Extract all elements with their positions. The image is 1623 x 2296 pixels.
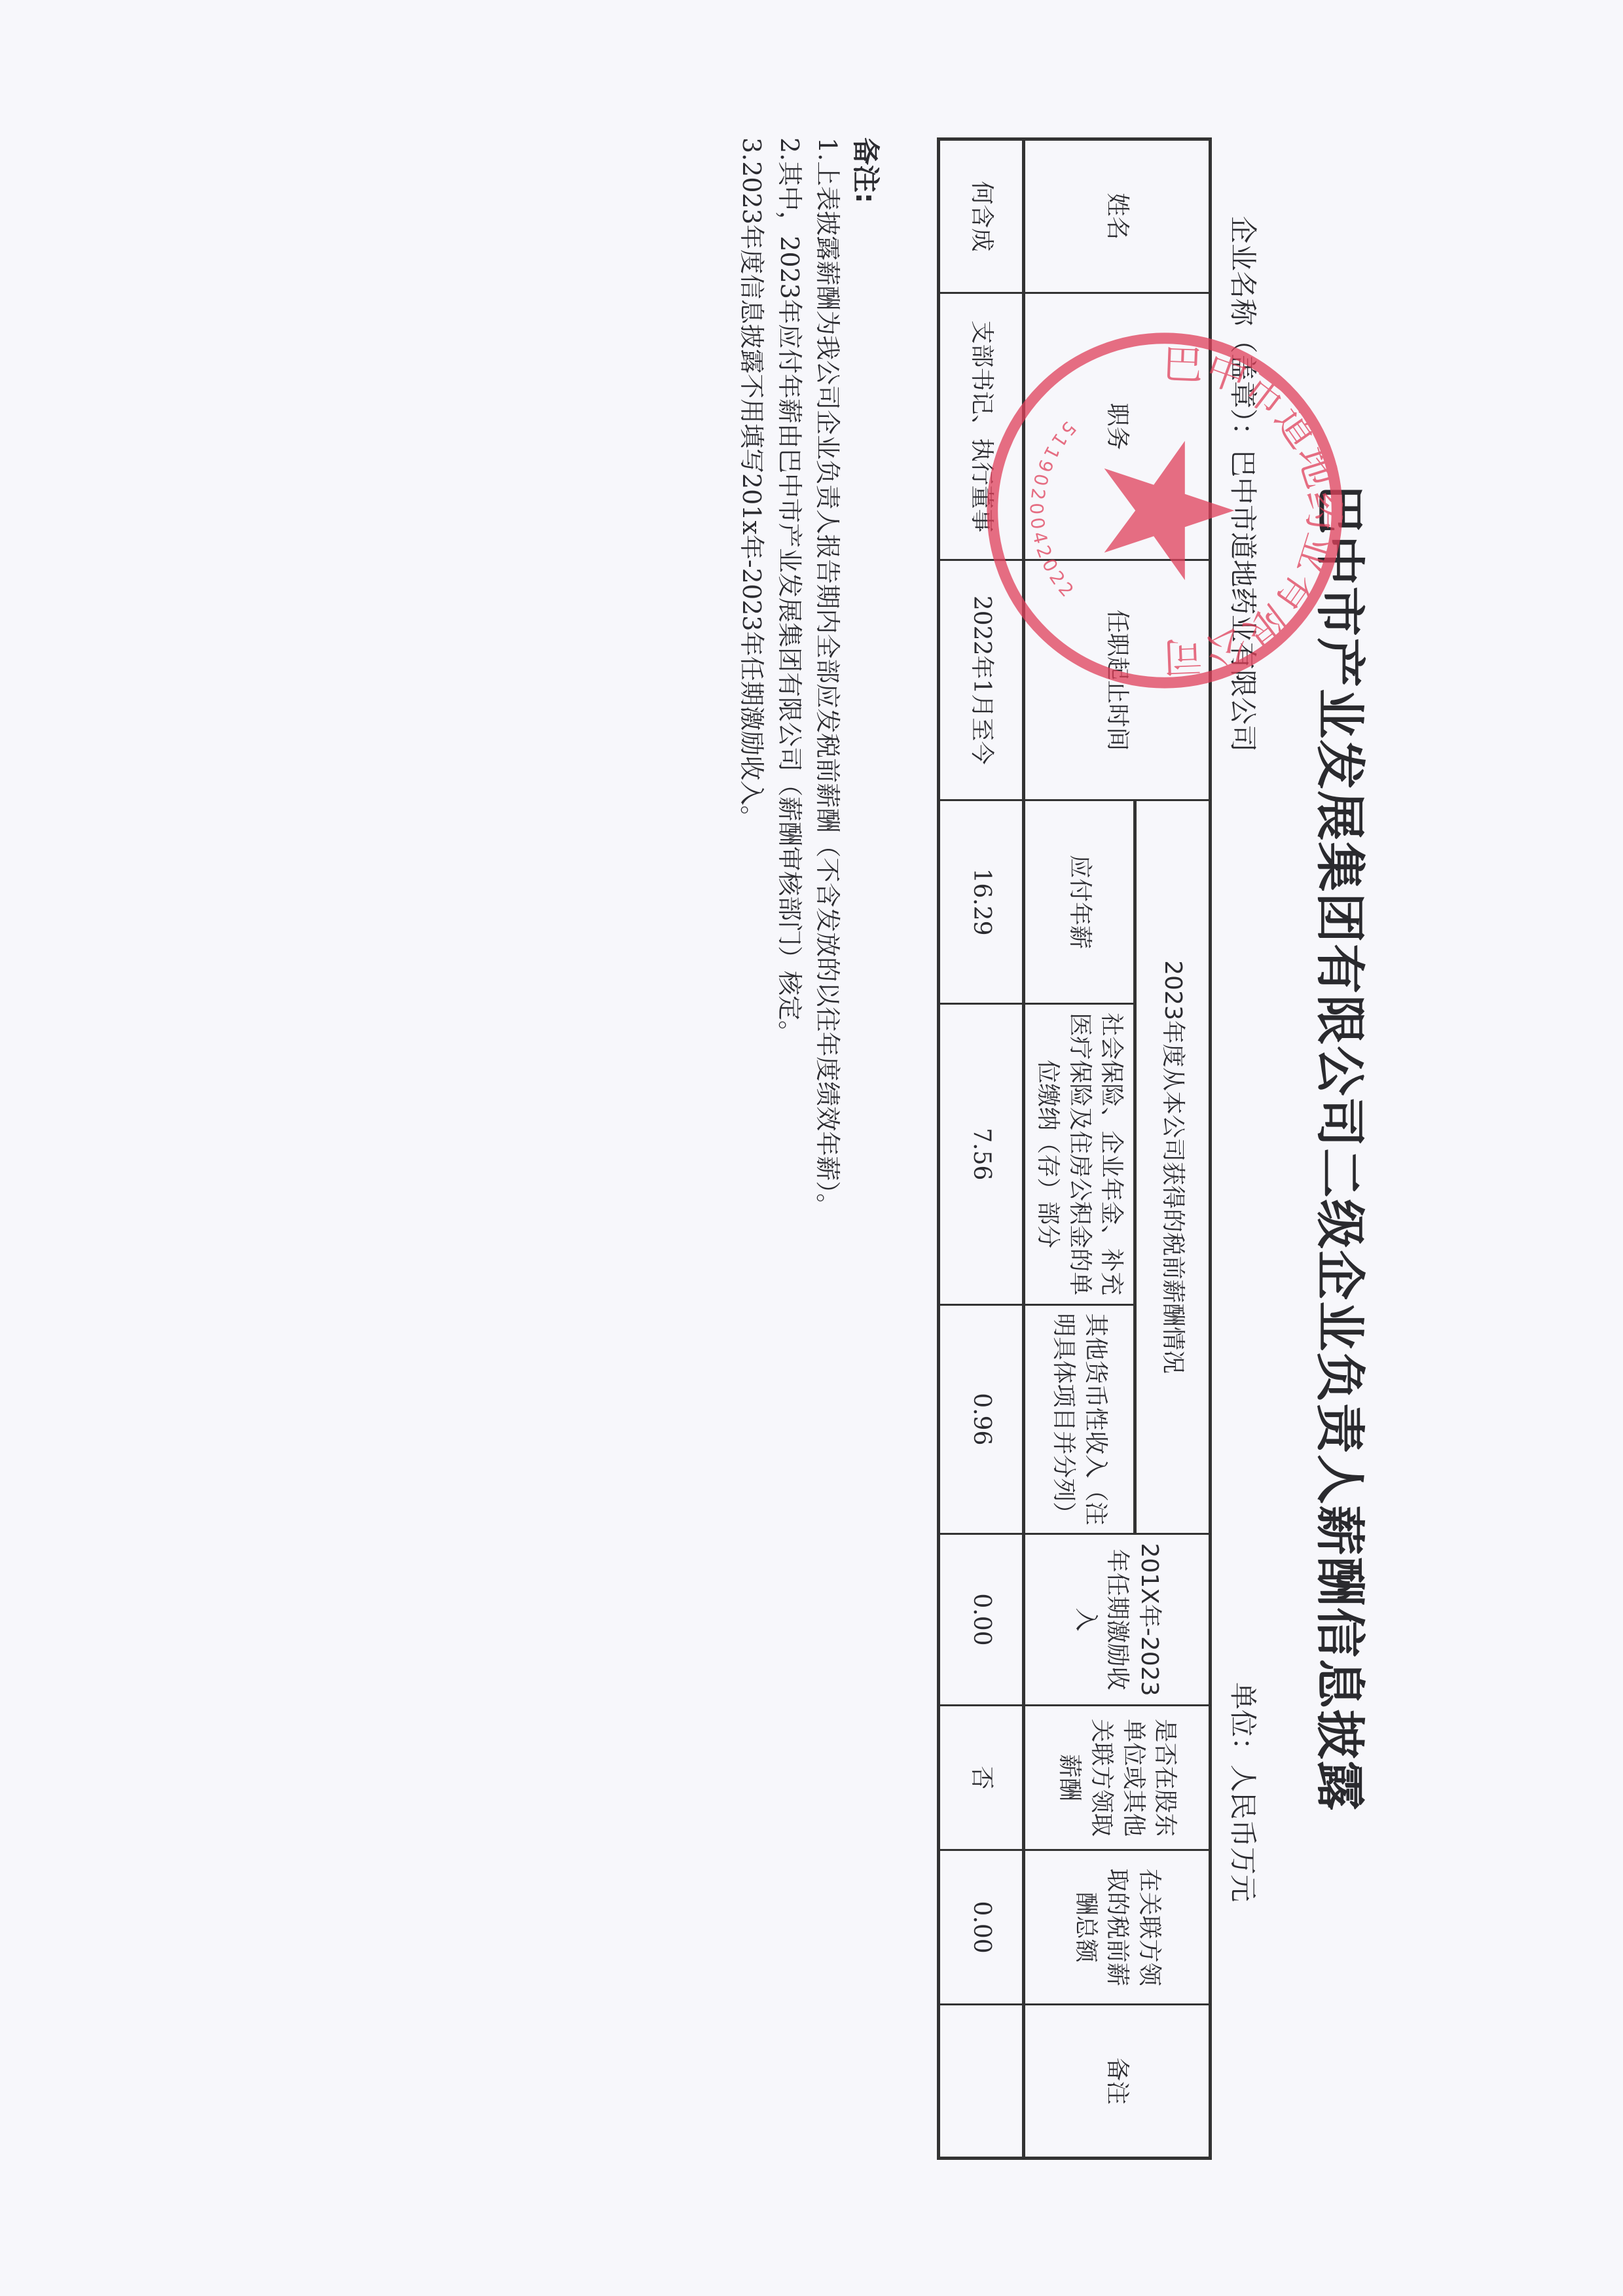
- document-title: 巴中市产业发展集团有限公司二级企业负责人薪酬信息披露: [1308, 0, 1379, 2296]
- header-social-insurance: 社会保险、企业年金、补充医疗保险及住房公积金的单位缴纳（存）部分: [1024, 1003, 1135, 1304]
- header-remark: 备注: [1024, 2004, 1211, 2158]
- header-term: 任职起止时间: [1024, 560, 1211, 800]
- cell-annual-salary: 16.29: [939, 800, 1024, 1003]
- company-line: 企业名称（盖章）：巴中市道地药业有限公司: [1225, 216, 1264, 752]
- cell-related-party: 否: [939, 1706, 1024, 1850]
- header-incentive: 201X年-2023年任期激励收入: [1024, 1534, 1211, 1705]
- salary-disclosure-table: 姓名 职务 任职起止时间 2023年度从本公司获得的税前薪酬情况 201X年-2…: [937, 137, 1212, 2160]
- note-item: 1.上表披露薪酬为我公司企业负责人报告期内全部应发税前薪酬（不含发放的以往年度绩…: [809, 137, 847, 1218]
- cell-incentive: 0.00: [939, 1534, 1024, 1705]
- cell-name: 何含成: [939, 139, 1024, 293]
- header-related-party: 是否在股东单位或其他关联方领取薪酬: [1024, 1706, 1211, 1850]
- header-name: 姓名: [1024, 139, 1211, 293]
- note-item: 2.其中，2023年应付年薪由巴中市产业发展集团有限公司（薪酬审核部门）核定。: [771, 137, 809, 1218]
- cell-other-income: 0.96: [939, 1304, 1024, 1534]
- company-name: 巴中市道地药业有限公司: [1227, 450, 1259, 752]
- header-other-income: 其他货币性收入（注明具体项目并分列）: [1024, 1304, 1135, 1534]
- company-label: 企业名称（盖章）：: [1227, 216, 1259, 450]
- notes-heading: 备注:: [847, 137, 884, 1218]
- cell-remark: [939, 2004, 1024, 2158]
- cell-term: 2022年1月至今: [939, 560, 1024, 800]
- cell-position: 支部书记、执行董事: [939, 293, 1024, 560]
- cell-related-total: 0.00: [939, 1850, 1024, 2005]
- cell-social-insurance: 7.56: [939, 1003, 1024, 1304]
- header-position: 职务: [1024, 293, 1211, 560]
- rotated-document-page: 巴中市产业发展集团有限公司二级企业负责人薪酬信息披露 企业名称（盖章）：巴中市道…: [0, 0, 1623, 2296]
- header-annual-salary: 应付年薪: [1024, 800, 1135, 1003]
- header-related-total: 在关联方领取的税前薪酬总额: [1024, 1850, 1211, 2005]
- table-row: 何含成 支部书记、执行董事 2022年1月至今 16.29 7.56 0.96 …: [939, 139, 1024, 2159]
- currency-unit: 单位：人民币万元: [1225, 1682, 1264, 1902]
- note-item: 3.2023年度信息披露不用填写201x年-2023年任期激励收入。: [733, 137, 771, 1218]
- notes-section: 备注: 1.上表披露薪酬为我公司企业负责人报告期内全部应发税前薪酬（不含发放的以…: [733, 137, 884, 1218]
- header-group-pretax-pay: 2023年度从本公司获得的税前薪酬情况: [1135, 800, 1211, 1534]
